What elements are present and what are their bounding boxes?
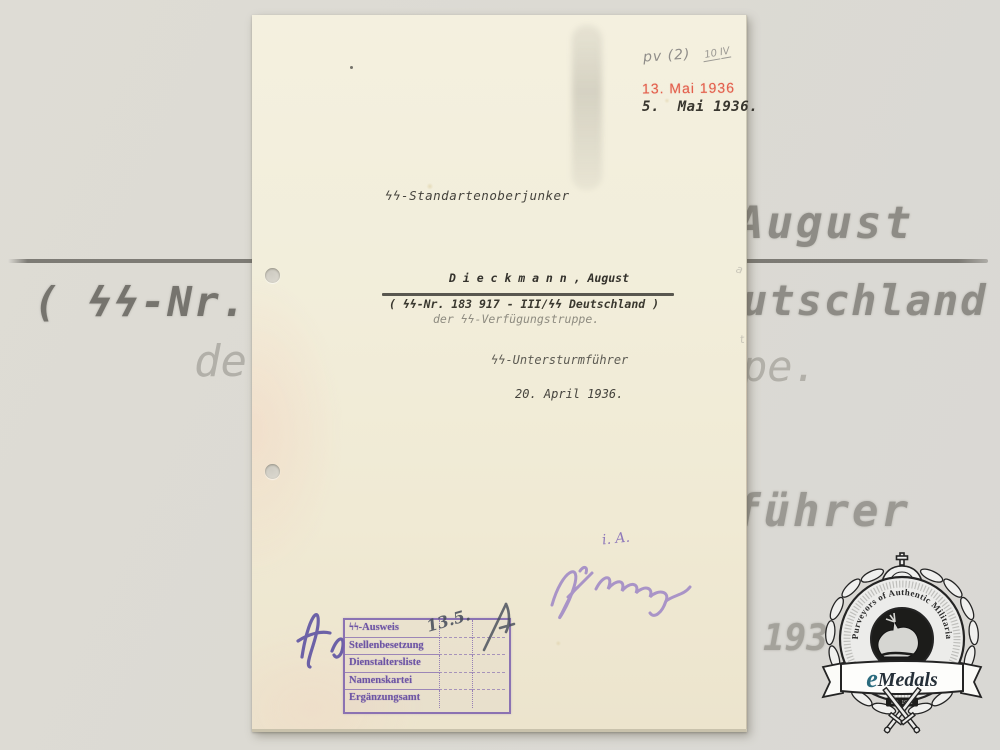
background-text-truppe: pe. <box>742 342 818 391</box>
pencil-fraction-numerator: 10 <box>702 48 721 63</box>
signature-scrawl <box>538 543 718 633</box>
received-date-stamp: 13. Mai 1936 <box>642 80 735 97</box>
product-photo: August ( ϟϟ-Nr. utschland de pe. führer … <box>0 0 1000 750</box>
punch-hole-top <box>265 268 280 283</box>
pencil-note-pv: pv (2) <box>642 46 690 65</box>
registry-check-strokes <box>422 598 522 668</box>
registry-row-label: Namenskartei <box>345 673 439 691</box>
service-number-line: ( ϟϟ-Nr. 183 917 - III/ϟϟ Deutschland ) <box>389 297 659 311</box>
rank-from-line: ϟϟ-Standartenoberjunker <box>385 188 570 203</box>
background-text-der: de <box>194 336 247 387</box>
pencil-note-fraction: 10IV <box>701 41 731 63</box>
typed-date: 5. Mai 1936. <box>642 99 758 115</box>
svg-text:eMedals: eMedals <box>866 664 938 693</box>
emedals-watermark: Purveyors of Authentic Militaria eMedals… <box>817 551 987 741</box>
margin-pencil-scribble: t <box>739 333 745 346</box>
brand-banner: eMedals <box>823 661 981 697</box>
graphite-smudge <box>572 25 602 190</box>
background-text-deutschland: utschland <box>742 276 988 325</box>
registry-cell <box>472 690 505 708</box>
margin-pencil-scribble: a <box>735 262 745 276</box>
document-photo: pv (2) 10IV 13. Mai 1936 5. Mai 1936. ϟϟ… <box>252 15 747 732</box>
recipient-name: D i e c k m a n n , August <box>449 271 629 285</box>
unit-line: der ϟϟ-Verfügungstruppe. <box>433 312 599 326</box>
promotion-date-line: 20. April 1936. <box>515 387 623 401</box>
registry-row-label: Ergänzungsamt <box>345 690 439 708</box>
background-text-ss-nr: ( ϟϟ-Nr. <box>34 278 247 326</box>
registry-cell <box>439 673 472 691</box>
name-underline <box>382 293 674 296</box>
rank-to-line: ϟϟ-Untersturmführer <box>491 353 628 367</box>
ink-speck <box>350 66 353 69</box>
background-text-august: August <box>737 198 914 249</box>
registry-cell <box>439 690 472 708</box>
brand-initial: e <box>866 664 878 693</box>
background-text-fuehrer: führer <box>734 486 911 537</box>
pencil-fraction-denominator: IV <box>719 46 731 60</box>
punch-hole-bottom <box>265 464 280 479</box>
registry-cell <box>472 673 505 691</box>
